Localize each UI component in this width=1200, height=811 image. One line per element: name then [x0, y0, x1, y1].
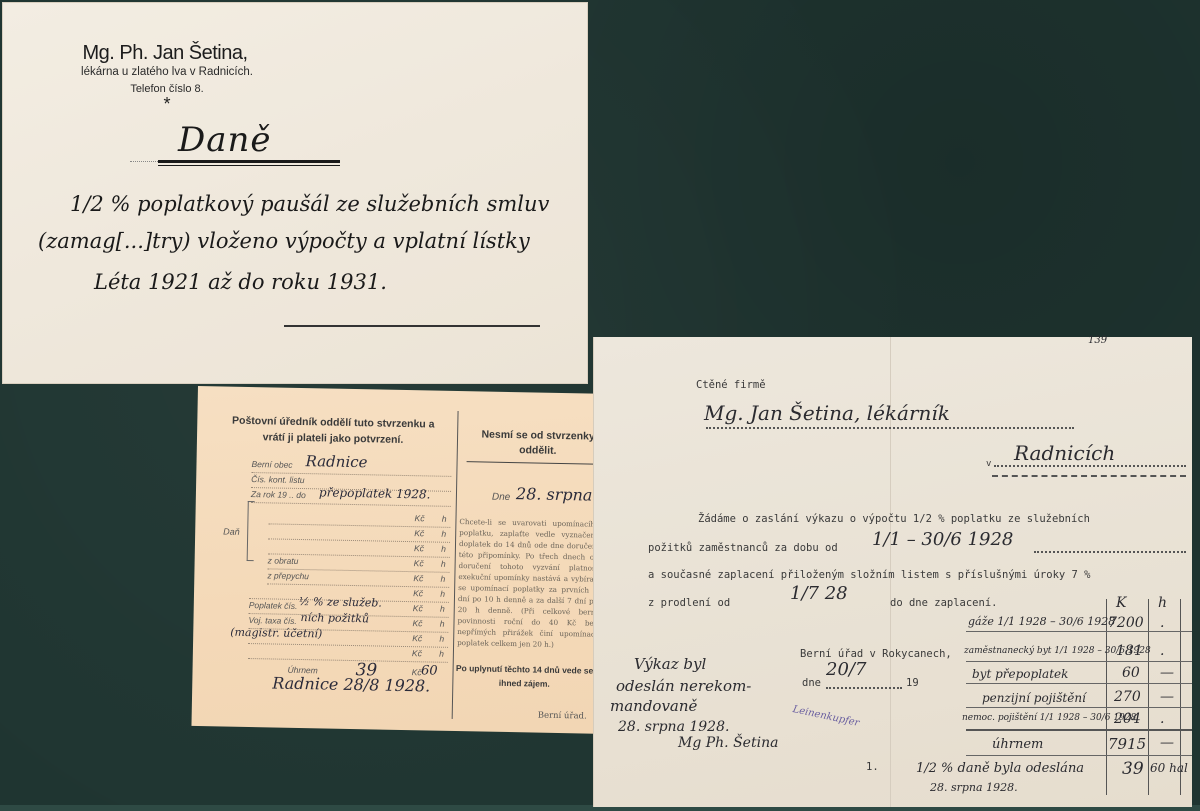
notice-paragraph: Chcete-li se uvarovati upomínacího popla…: [457, 516, 600, 659]
notice-date: 20/7: [826, 659, 866, 680]
table-row-h: —: [1160, 665, 1174, 681]
dotted-leader: [130, 161, 160, 162]
table-total-kc: 7915: [1108, 735, 1146, 753]
salutation: Ctěné firmě: [696, 379, 766, 391]
receipt-left-header: Poštovní úředník oddělí tuto stvrzenku a…: [223, 412, 444, 448]
handwritten-line-3: Léta 1921 až do roku 1931.: [94, 270, 387, 294]
dashed-line: [992, 475, 1186, 477]
table-row-kc: 270: [1114, 689, 1141, 705]
signature-line: [284, 325, 540, 327]
postal-receipt: Poštovní úředník oddělí tuto stvrzenku a…: [191, 386, 601, 734]
letterhead-subtitle: lékárna u zlatého lva v Radnicích.: [42, 66, 292, 78]
table-row-kc: 60: [1122, 665, 1140, 681]
place: Radnicích: [1014, 441, 1115, 465]
dotted-line: [826, 687, 902, 689]
table-row-h: .: [1160, 643, 1164, 659]
date-prefix: dne: [802, 677, 821, 689]
table-row-h: .: [1160, 711, 1164, 727]
table-row-kc: 204: [1114, 711, 1141, 727]
handwritten-line-2: (zamag[...]try) vloženo výpočty a vplatn…: [38, 229, 530, 253]
note-line: Výkaz byl: [634, 655, 706, 673]
warning-text: Po uplynutí těchto 14 dnů vede se ihned …: [454, 661, 595, 692]
summary-label: 1/2 % daně byla odeslána: [916, 761, 1084, 776]
marker: 1.: [866, 761, 879, 773]
body-line-1: Žádáme o zaslání výkazu o výpočtu 1/2 % …: [698, 513, 1090, 525]
place-prefix: v: [986, 459, 991, 469]
letterhead-document: Mg. Ph. Jan Šetina, lékárna u zlatého lv…: [2, 2, 588, 384]
table-row-label: byt přepoplatek: [972, 667, 1068, 681]
body-line-4: z prodlení od: [648, 597, 730, 609]
table-row-label: gáže 1/1 1928 – 30/6 1928: [968, 615, 1115, 628]
period-value: 1/1 – 30/6 1928: [872, 529, 1013, 550]
handwritten-title: Daně: [178, 120, 272, 160]
title-underline-thin: [158, 165, 340, 166]
body-line-3: a současné zaplacení přiloženým složním …: [648, 569, 1091, 581]
addressee: Mg. Jan Šetina, lékárník: [704, 401, 950, 425]
note-line: odeslán nerekom-: [616, 677, 751, 695]
summary-h: 60 hal: [1150, 761, 1188, 775]
table-row-h: —: [1160, 689, 1174, 705]
table-row-h: .: [1160, 615, 1164, 631]
title-underline: [158, 160, 340, 163]
table-total-label: úhrnem: [992, 737, 1043, 752]
dotted-line: [706, 427, 1074, 429]
col-h-header: h: [1158, 595, 1167, 611]
receipt-right-header: Nesmí se od stvrzenky oddělit.: [473, 427, 604, 459]
office-signature: Berní úřad.: [538, 711, 587, 722]
table-row-kc: 7200: [1108, 615, 1144, 631]
page-number: 139: [1088, 335, 1107, 346]
handwritten-value: přepoplatek 1928.: [319, 485, 431, 501]
dotted-line: [994, 465, 1186, 467]
letterhead-name: Mg. Ph. Jan Šetina,: [60, 42, 270, 65]
table-row-label: nemoc. pojištění 1/1 1928 – 30/6 1928: [962, 713, 1136, 723]
receipt-form: Berní obec Radnice Čís. kont. listu Za r…: [247, 459, 451, 683]
summary-date: 28. srpna 1928.: [930, 781, 1018, 794]
place-date: Radnice 28/8 1928.: [272, 673, 430, 695]
asterisk-ornament-icon: *: [42, 94, 292, 115]
summary-kc: 39: [1122, 759, 1144, 779]
year-prefix: 19: [906, 677, 919, 689]
note-signature: Mg Ph. Šetina: [678, 735, 778, 751]
tax-label: Daň: [223, 527, 240, 537]
body-line-2: požitků zaměstnanců za dobu od: [648, 542, 838, 554]
tax-office: Berní úřad v Rokycanech,: [800, 648, 952, 660]
date-label: Dne: [492, 492, 511, 503]
tax-bracket: [247, 501, 255, 561]
dotted-line: [1034, 551, 1186, 553]
note-line: 28. srpna 1928.: [618, 719, 729, 735]
table-column-rule: [1148, 599, 1149, 795]
table-total-h: —: [1160, 735, 1174, 751]
handwritten-value: Radnice: [305, 452, 367, 471]
table-row-label: penzijní pojištění: [982, 691, 1086, 705]
header-rule: [467, 461, 601, 465]
tax-notice: 139 Ctěné firmě Mg. Jan Šetina, lékárník…: [594, 337, 1192, 807]
handwritten-line-1: 1/2 % poplatkový paušál ze služebních sm…: [70, 192, 549, 216]
table-row-kc: 181: [1116, 643, 1143, 659]
overdue-date: 1/7 28: [790, 583, 848, 604]
col-kc-header: K: [1116, 595, 1126, 611]
purple-signature: Leinenkupfer: [792, 704, 861, 729]
body-line-4-suffix: do dne zaplacení.: [890, 597, 997, 609]
table-column-rule: [1106, 599, 1107, 795]
note-line: mandovaně: [610, 697, 697, 715]
